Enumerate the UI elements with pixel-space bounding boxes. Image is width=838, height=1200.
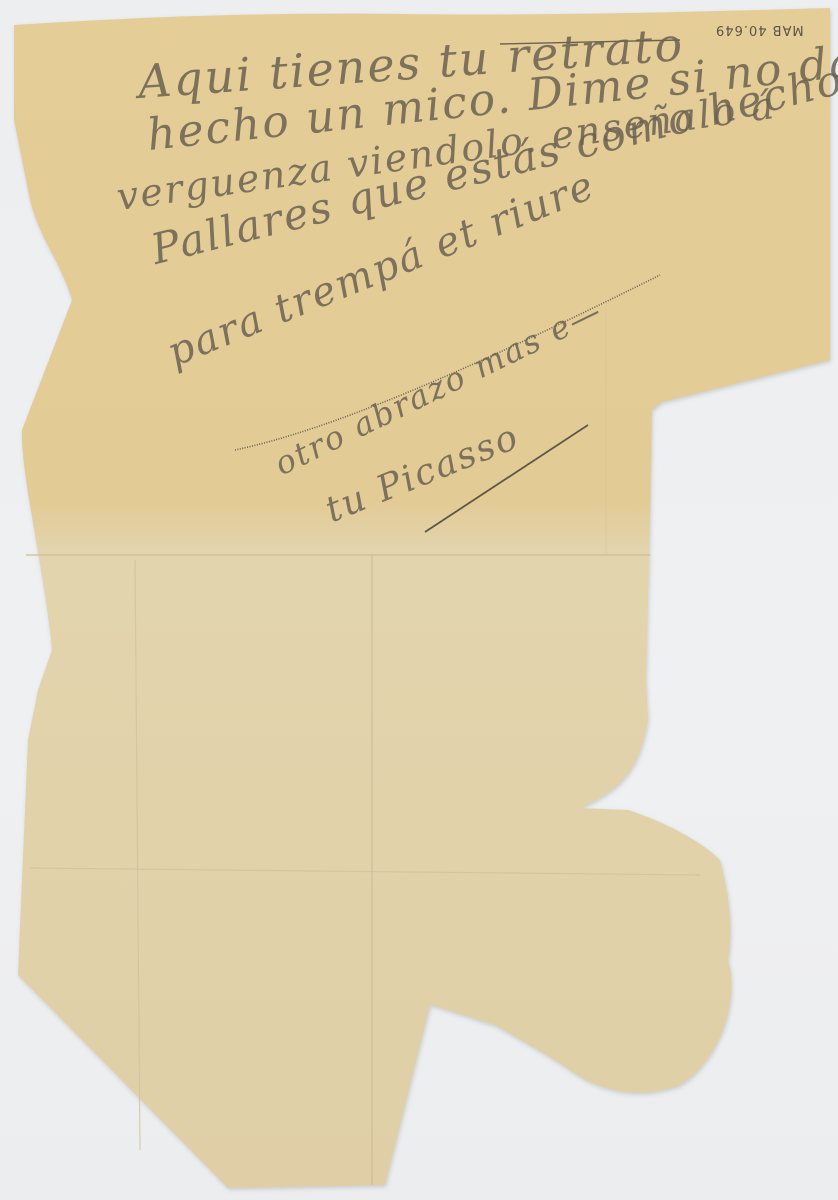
document-viewer: MAB 40.649 Aqui tienes tu retrato hecho … xyxy=(0,0,838,1200)
catalog-mark: MAB 40.649 xyxy=(715,22,804,37)
